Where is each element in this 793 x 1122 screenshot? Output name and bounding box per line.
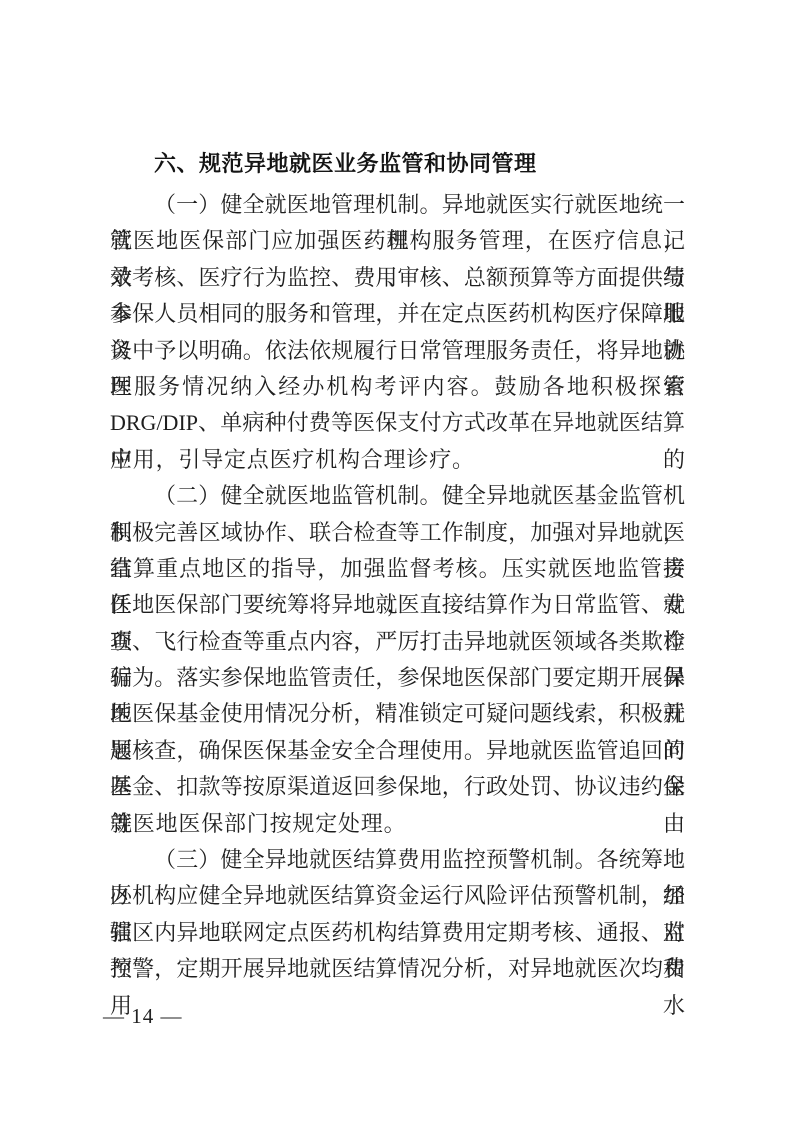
text-line: 辖区内异地联网定点医药机构结算费用定期考核、通报、监控和 bbox=[110, 915, 685, 951]
section-heading: 六、规范异地就医业务监管和协同管理 bbox=[110, 145, 685, 182]
document-page: 六、规范异地就医业务监管和协同管理 （一）健全就医地管理机制。异地就医实行就医地… bbox=[0, 0, 793, 1122]
text-line: 行为。落实参保地监管责任，参保地医保部门要定期开展异地就 bbox=[110, 660, 685, 696]
document-content: 六、规范异地就医业务监管和协同管理 （一）健全就医地管理机制。异地就医实行就医地… bbox=[110, 145, 685, 988]
text-line: （二）健全就医地监管机制。健全异地就医基金监管机制， bbox=[110, 478, 685, 514]
text-line: 参保人员相同的服务和管理，并在定点医药机构医疗保障服务协 bbox=[110, 296, 685, 332]
text-line: 办机构应健全异地就医结算资金运行风险评估预警机制，加强对 bbox=[110, 878, 685, 914]
text-line: 预警，定期开展异地就医结算情况分析，对异地就医次均费用水 bbox=[110, 951, 685, 987]
text-line: DRG/DIP、单病种付费等医保支付方式改革在异地就医结算中的 bbox=[110, 405, 685, 441]
page-number: — 14 — bbox=[103, 1002, 183, 1030]
text-line: 积极完善区域协作、联合检查等工作制度，加强对异地就医直接 bbox=[110, 515, 685, 551]
text-line: 基金、扣款等按原渠道返回参保地，行政处罚、协议违约金等由 bbox=[110, 769, 685, 805]
text-line: 查、飞行检查等重点内容，严厉打击异地就医领域各类欺诈骗保 bbox=[110, 624, 685, 660]
text-line: （一）健全就医地管理机制。异地就医实行就医地统一管理， bbox=[110, 187, 685, 223]
paragraph: （三）健全异地就医结算费用监控预警机制。各统筹地区经 办机构应健全异地就医结算资… bbox=[110, 842, 685, 988]
text-line: 就医地医保部门应加强医药机构服务管理，在医疗信息记录、绩 bbox=[110, 223, 685, 259]
text-line: 效考核、医疗行为监控、费用审核、总额预算等方面提供与本地 bbox=[110, 260, 685, 296]
paragraph: （一）健全就医地管理机制。异地就医实行就医地统一管理， 就医地医保部门应加强医药… bbox=[110, 187, 685, 478]
text-line: 理服务情况纳入经办机构考评内容。鼓励各地积极探索 bbox=[110, 369, 685, 405]
text-line: 结算重点地区的指导，加强监督考核。压实就医地监管责任，就 bbox=[110, 551, 685, 587]
text-line: （三）健全异地就医结算费用监控预警机制。各统筹地区经 bbox=[110, 842, 685, 878]
text-line: 题核查，确保医保基金安全合理使用。异地就医监管追回的医保 bbox=[110, 733, 685, 769]
text-line: 医医保基金使用情况分析，精准锁定可疑问题线索，积极开展问 bbox=[110, 696, 685, 732]
text-line: 议中予以明确。依法依规履行日常管理服务责任，将异地就医管 bbox=[110, 333, 685, 369]
text-line: 医地医保部门要统筹将异地就医直接结算作为日常监管、专项检 bbox=[110, 587, 685, 623]
paragraph: （二）健全就医地监管机制。健全异地就医基金监管机制， 积极完善区域协作、联合检查… bbox=[110, 478, 685, 842]
